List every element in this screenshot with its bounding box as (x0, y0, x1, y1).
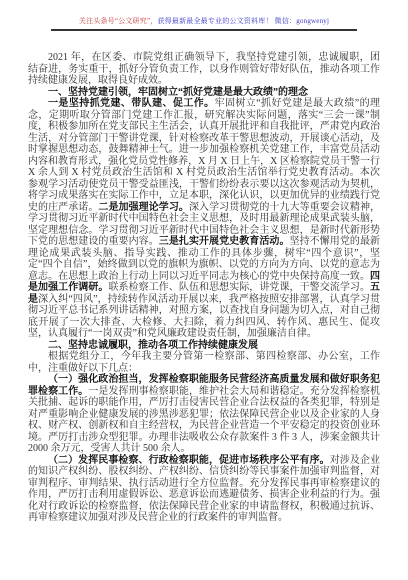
paragraph: （一）强化政治担当，发挥检察职能服务民营经济高质量发展和做好职务犯罪检察工作。一… (28, 374, 380, 455)
watermark-header-blue-text: 获得最新最全最专业的公文资料库！ 微信：gongwenyj (157, 17, 329, 25)
section-heading: 一、坚持党建引领，牢固树立“抓好党建是最大政绩”的理念 (28, 87, 380, 99)
bold-text-segment: （二）发挥民事检察、行政检察职能，促进市场秩序公平有序。 (48, 455, 330, 466)
watermark-header: 关注头条号“公文研究”，获得最新最全最专业的公文资料库！ 微信：gongweny… (28, 17, 380, 26)
document-page: 关注头条号“公文研究”，获得最新最全最专业的公文资料库！ 微信：gongweny… (0, 0, 408, 580)
text-segment: 深入纠“四风”，持续转作风活动开展以来，我严格按照安排部署，认真学习贯彻习近平总… (28, 294, 380, 340)
section-heading: 二、坚持忠诚履职，推动各项工作持续健康发展 (28, 340, 380, 352)
header-divider-line (51, 29, 357, 31)
bold-text-segment: 二是加强理论学习。 (98, 202, 189, 213)
paragraph: 2021 年，在区委、市院党组正确领导下，我坚持党建引领，忠诚履职，团结奋进，务… (28, 52, 380, 87)
text-segment: 牢固树立“抓好党建是最大政绩”的理念，定期听取分管部门党建工作汇报，研究解决实际… (28, 98, 380, 213)
document-body: 2021 年，在区委、市院党组正确领导下，我坚持党建引领，忠诚履职，团结奋进，务… (28, 52, 380, 524)
text-segment: 联系检察工作、队伍和思想实际，讲党课，干警交流学习。 (108, 282, 370, 293)
text-segment: 根据党组分工，今年我主要分管第一检察部、第四检察部、办公室，工作中，注重做好以下… (28, 351, 380, 374)
bold-text-segment: 三是扎实开展党史教育活动。 (159, 236, 290, 247)
bold-text-segment: 一、坚持党建引领，牢固树立“抓好党建是最大政绩”的理念 (48, 87, 308, 98)
bold-text-segment: 二、坚持忠诚履职，推动各项工作持续健康发展 (48, 340, 258, 351)
bold-text-segment: 一是坚持抓党建、带队建、促工作。 (48, 98, 215, 109)
paragraph: （二）发挥民事检察、行政检察职能，促进市场秩序公平有序。对涉及企业的知识产权纠纷… (28, 455, 380, 524)
watermark-header-red-text: 关注头条号“公文研究”， (79, 17, 158, 25)
paragraph: 根据党组分工，今年我主要分管第一检察部、第四检察部、办公室，工作中，注重做好以下… (28, 351, 380, 374)
paragraph: 一是坚持抓党建、带队建、促工作。牢固树立“抓好党建是最大政绩”的理念，定期听取分… (28, 98, 380, 340)
text-segment: 2021 年，在区委、市院党组正确领导下，我坚持党建引领，忠诚履职，团结奋进，务… (28, 52, 380, 86)
